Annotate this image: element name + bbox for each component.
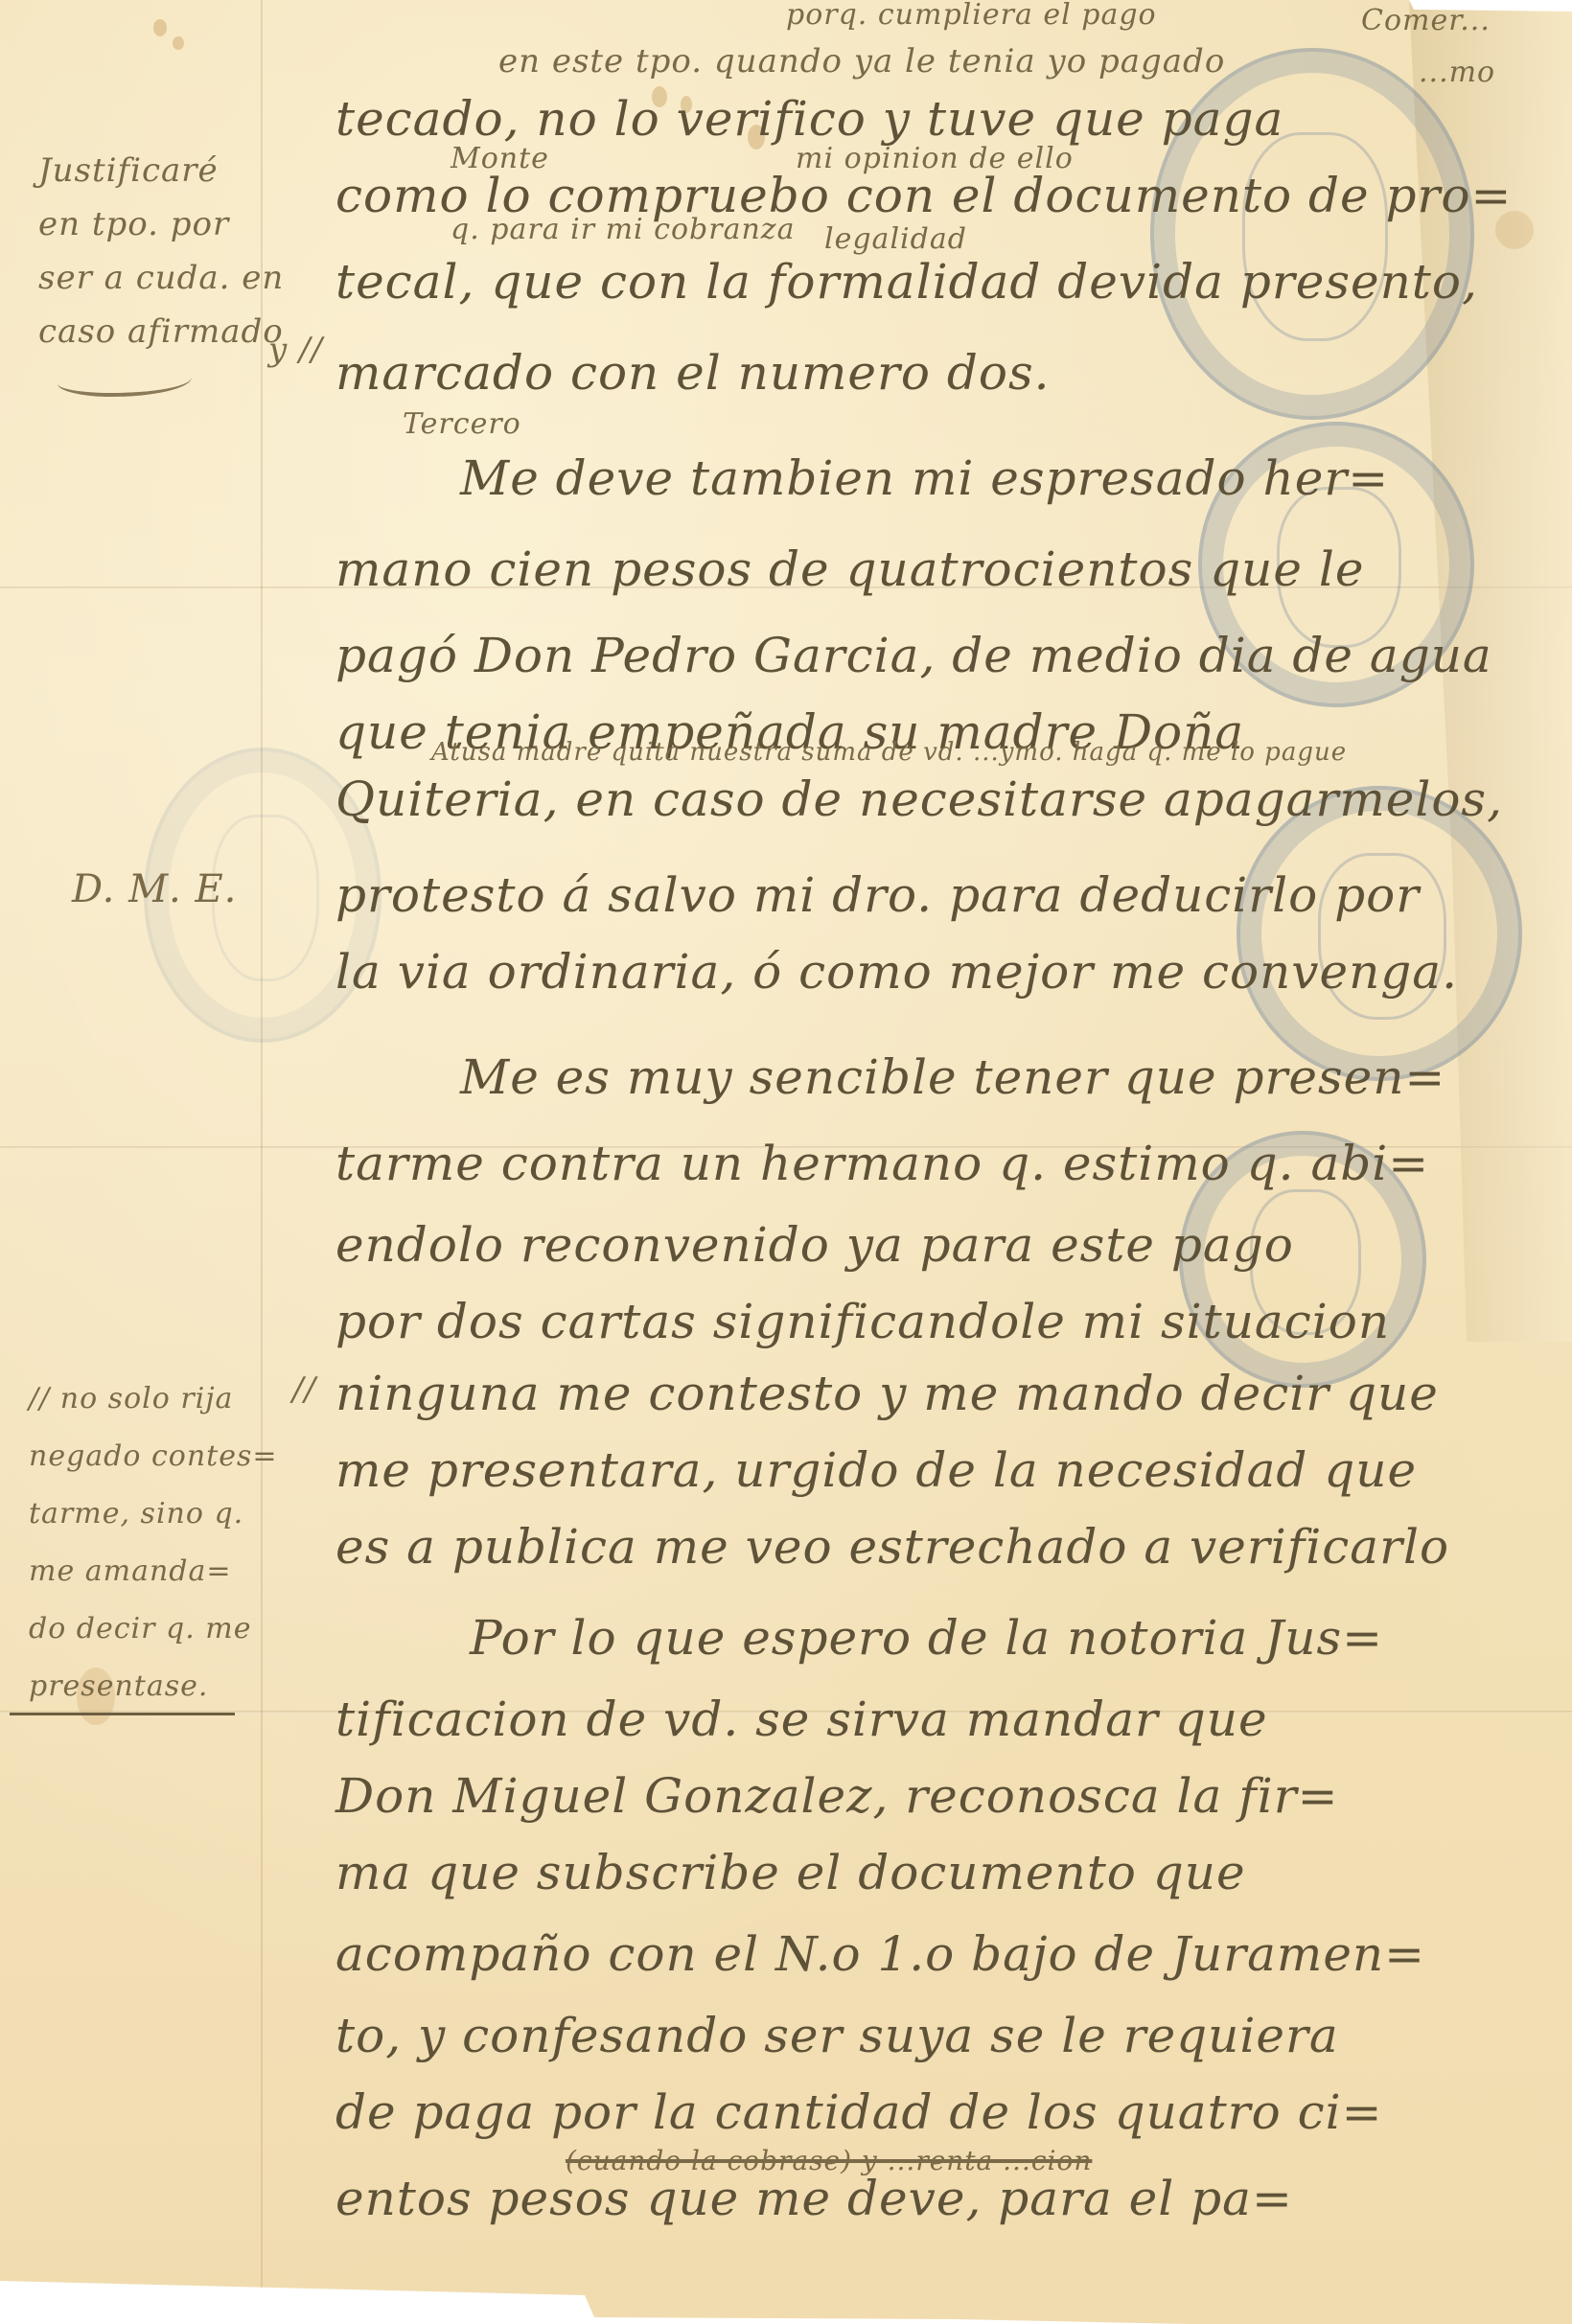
manuscript-line: pagó Don Pedro Garcia, de medio dia de a… xyxy=(335,628,1492,683)
manuscript-line: ninguna me contesto y me mando decir que xyxy=(335,1366,1439,1421)
margin-note: // no solo rija negado contes= tarme, si… xyxy=(29,1370,278,1715)
manuscript-page: porq. cumpliera el pago en este tpo. qua… xyxy=(0,0,1572,2324)
ink-stain xyxy=(173,36,184,50)
manuscript-line: Me deve tambien mi espresado her= xyxy=(460,450,1389,506)
margin-note: Justificaré en tpo. por ser a cuda. en c… xyxy=(38,144,284,358)
manuscript-line: tificacion de vd. se sirva mandar que xyxy=(335,1691,1268,1747)
margin-note-mark: // xyxy=(292,1370,316,1409)
manuscript-line: por dos cartas significandole mi situaci… xyxy=(335,1294,1390,1349)
manuscript-line: endolo reconvenido ya para este pago xyxy=(335,1217,1294,1273)
manuscript-line: protesto á salvo mi dro. para deducirlo … xyxy=(335,867,1420,923)
interlinear-note: legalidad xyxy=(824,222,967,256)
manuscript-line: me presentara, urgido de la necesidad qu… xyxy=(335,1442,1417,1498)
manuscript-line: marcado con el numero dos. xyxy=(335,345,1051,401)
manuscript-line: entos pesos que me deve, para el pa= xyxy=(335,2171,1293,2226)
manuscript-line: acompaño con el N.o 1.o bajo de Juramen= xyxy=(335,1926,1425,1982)
manuscript-line: Por lo que espero de la notoria Jus= xyxy=(470,1610,1383,1666)
margin-note-mark: y // xyxy=(268,331,323,369)
interlinear-note: q. para ir mi cobranza xyxy=(451,213,796,246)
flourish-mark xyxy=(58,364,192,397)
ink-stain xyxy=(153,19,167,36)
margin-rule-line xyxy=(10,1713,235,1715)
interlinear-note: porq. cumpliera el pago xyxy=(786,0,1157,32)
manuscript-line: tecado, no lo verifico y tuve que paga xyxy=(335,91,1283,147)
manuscript-line: Don Miguel Gonzalez, reconosca la fir= xyxy=(335,1768,1339,1824)
manuscript-line: to, y confesando ser suya se le requiera xyxy=(335,2008,1339,2063)
interlinear-note: ...mo xyxy=(1419,56,1495,89)
manuscript-line: es a publica me veo estrechado a verific… xyxy=(335,1519,1449,1575)
manuscript-line: ma que subscribe el documento que xyxy=(335,1845,1246,1900)
manuscript-line: mano cien pesos de quatrocientos que le xyxy=(335,541,1364,597)
interlinear-note: en este tpo. quando ya le tenia yo pagad… xyxy=(498,42,1225,81)
interlinear-note: Tercero xyxy=(403,407,521,441)
manuscript-line: la via ordinaria, ó como mejor me conven… xyxy=(335,944,1458,1000)
margin-note: D. M. E. xyxy=(72,867,237,911)
manuscript-line: tarme contra un hermano q. estimo q. abi… xyxy=(335,1136,1429,1191)
interlinear-note: Comer... xyxy=(1361,4,1491,37)
manuscript-line: tecal, que con la formalidad devida pres… xyxy=(335,254,1478,310)
manuscript-line: Quiteria, en caso de necesitarse apagarm… xyxy=(335,771,1503,827)
manuscript-line: de paga por la cantidad de los quatro ci… xyxy=(335,2084,1382,2140)
stamp-seal xyxy=(1237,786,1522,1081)
manuscript-line: Me es muy sencible tener que presen= xyxy=(460,1049,1445,1105)
interlinear-note: Atusa madre quita nuestra suma de vd. ..… xyxy=(431,738,1347,767)
